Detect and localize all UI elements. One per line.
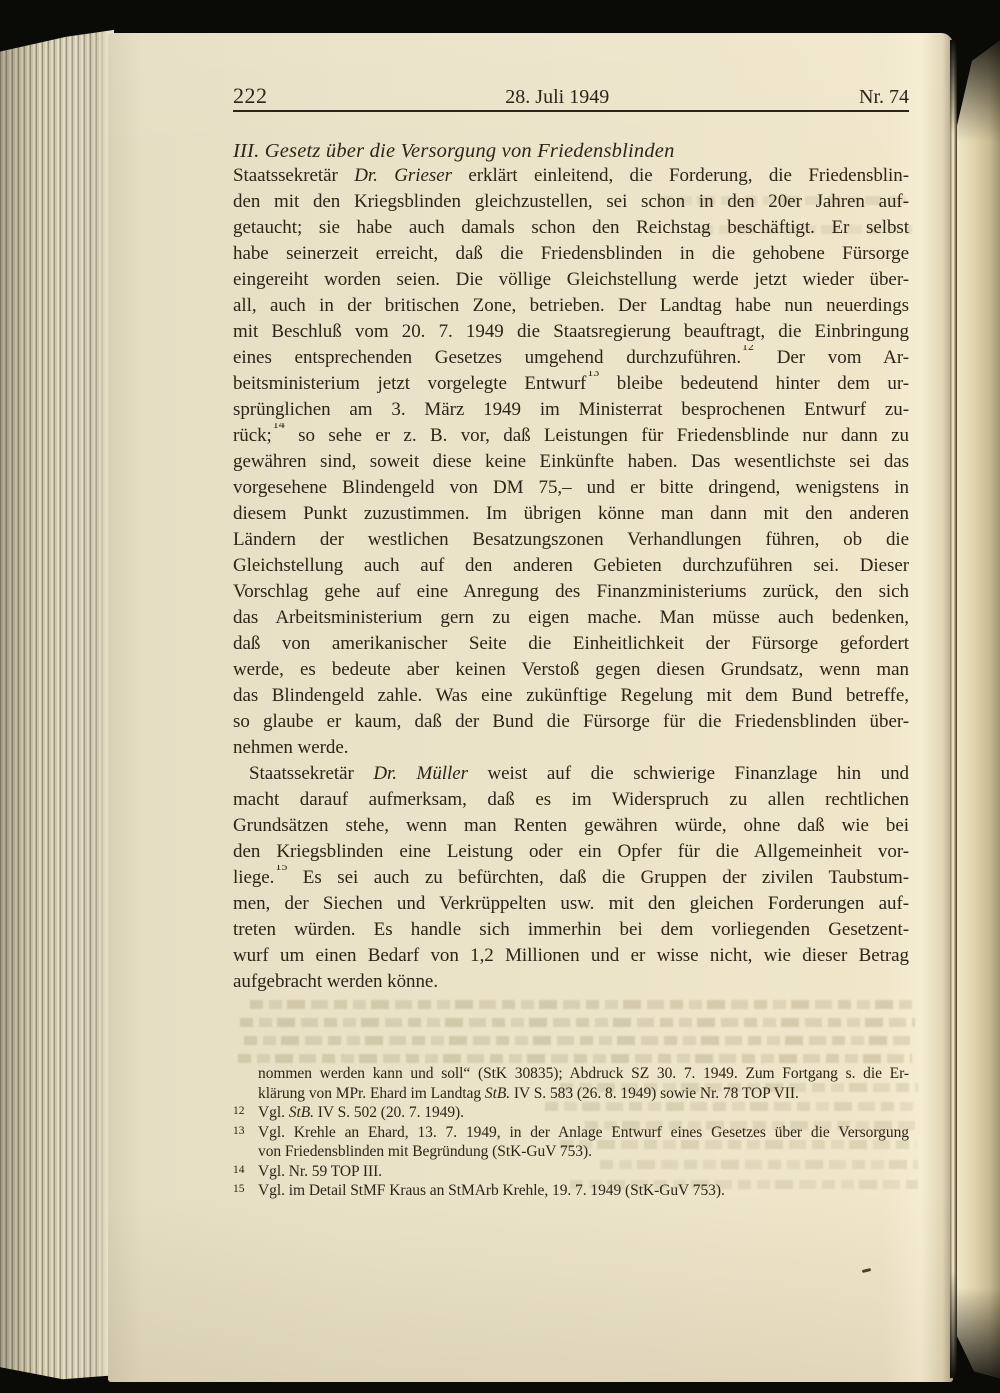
footnote-line: 13Vgl. Krehle an Ehard, 13. 7. 1949, in … [233, 1123, 909, 1143]
footnote-line: klärung von MPr. Ehard im Landtag StB. I… [233, 1084, 909, 1104]
document-number: Nr. 74 [859, 86, 909, 109]
body-line: sprünglichen am 3. März 1949 im Minister… [233, 397, 909, 423]
footnote-line: nommen werden kann und soll“ (StK 30835)… [233, 1064, 909, 1084]
footnote-number: 12 [233, 1103, 244, 1122]
body-line: macht darauf aufmerksam, daß es im Wider… [233, 787, 909, 813]
page-content: 222 28. Juli 1949 Nr. 74 III. Gesetz übe… [0, 0, 1000, 1393]
body-line: eingereiht worden seien. Die völlige Gle… [233, 267, 909, 293]
scanned-book-page: 222 28. Juli 1949 Nr. 74 III. Gesetz übe… [0, 0, 1000, 1393]
body-line: werde, es bedeute aber keinen Verstoß ge… [233, 657, 909, 683]
body-line: Vorschlag gehe auf eine Anregung des Fin… [233, 579, 909, 605]
body-line: daß von amerikanischer Seite die Einheit… [233, 631, 909, 657]
body-line: nehmen werde. [233, 735, 909, 761]
body-line: den Kriegsblinden eine Leistung oder ein… [233, 839, 909, 865]
body-line: treten würden. Es handle sich immerhin b… [233, 917, 909, 943]
body-line: beitsministerium jetzt vorgelegte Entwur… [233, 371, 909, 397]
body-line: men, der Siechen und Verkrüppelten usw. … [233, 891, 909, 917]
body-line: das Arbeitsministerium gern zu eigen mac… [233, 605, 909, 631]
body-line: das Blindengeld zahle. Was eine zukünfti… [233, 683, 909, 709]
page-number: 222 [233, 83, 268, 109]
body-line: Grundsätzen stehe, wenn man Renten gewäh… [233, 813, 909, 839]
body-line: wurf um einen Bedarf von 1,2 Millionen u… [233, 943, 909, 969]
body-line: so glaube er kaum, daß der Bund die Fürs… [233, 709, 909, 735]
body-line: all, auch in der britischen Zone, betrie… [233, 293, 909, 319]
body-line: getaucht; sie habe auch damals schon den… [233, 215, 909, 241]
footnote-number: 13 [233, 1123, 244, 1142]
body-line: vorgesehene Blindengeld von DM 75,– und … [233, 475, 909, 501]
body-line: liege.15 Es sei auch zu befürchten, daß … [233, 865, 909, 891]
header-rule [233, 110, 909, 112]
footnote-number: 15 [233, 1181, 244, 1200]
footnote-line: von Friedensblinden mit Begründung (StK-… [233, 1142, 909, 1162]
footnote-line: 14Vgl. Nr. 59 TOP III. [233, 1162, 909, 1182]
body-line: Gleichstellung auch auf den anderen Gebi… [233, 553, 909, 579]
body-line: Staatssekretär Dr. Grieser erklärt einle… [233, 163, 909, 189]
footnote-line: 12Vgl. StB. IV S. 502 (20. 7. 1949). [233, 1103, 909, 1123]
section-title: III. Gesetz über die Versorgung von Frie… [233, 138, 909, 164]
body-line: rück;14 so sehe er z. B. vor, daß Leistu… [233, 423, 909, 449]
footnotes: nommen werden kann und soll“ (StK 30835)… [233, 1064, 909, 1201]
page-header: 222 28. Juli 1949 Nr. 74 [233, 83, 909, 109]
body-line: aufgebracht werden könne. [233, 969, 909, 995]
body-text: Staatssekretär Dr. Grieser erklärt einle… [233, 163, 909, 995]
body-line: Ländern der westlichen Besatzungszonen V… [233, 527, 909, 553]
body-line: gewähren sind, soweit diese keine Einkün… [233, 449, 909, 475]
running-head-date: 28. Juli 1949 [505, 86, 609, 109]
body-line: diesem Punkt zuzustimmen. Im übrigen kön… [233, 501, 909, 527]
body-line: habe seinerzeit erreicht, daß die Friede… [233, 241, 909, 267]
body-line: mit Beschluß vom 20. 7. 1949 die Staatsr… [233, 319, 909, 345]
body-line: Staatssekretär Dr. Müller weist auf die … [233, 761, 909, 787]
body-line: den mit den Kriegsblinden gleichzustelle… [233, 189, 909, 215]
body-line: eines entsprechenden Gesetzes umgehend d… [233, 345, 909, 371]
footnote-number: 14 [233, 1162, 244, 1181]
footnote-line: 15Vgl. im Detail StMF Kraus an StMArb Kr… [233, 1181, 909, 1201]
